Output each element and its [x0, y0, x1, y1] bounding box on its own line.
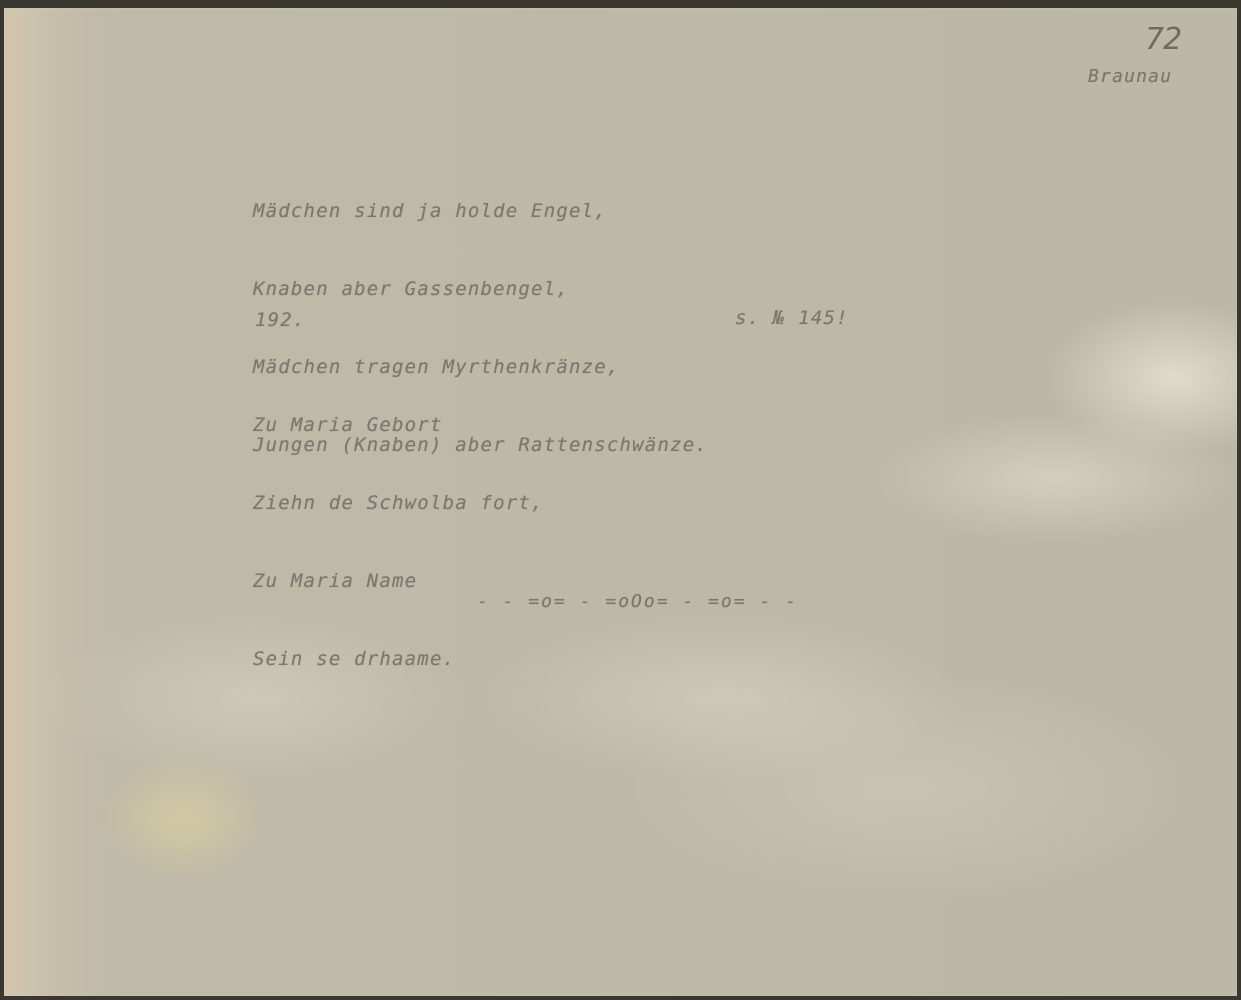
verse-line: Mädchen sind ja holde Engel,: [253, 198, 708, 224]
verse-line: Sein se drhaame.: [253, 646, 544, 672]
verse-line: Ziehn de Schwolba fort,: [253, 490, 544, 516]
verse-2: Zu Maria Gebort Ziehn de Schwolba fort, …: [253, 360, 544, 698]
paper-edge-stain: [4, 8, 34, 996]
verse-line: Zu Maria Gebort: [253, 412, 544, 438]
verse-line: Knaben aber Gassenbengel,: [253, 276, 708, 302]
entry-number: 192.: [255, 309, 306, 331]
end-divider: - - =o= - =oOo= - =o= - -: [477, 591, 798, 612]
handwritten-page-number: 72: [1145, 22, 1181, 57]
cross-reference: s. № 145!: [735, 307, 849, 329]
place-name: Braunau: [1088, 66, 1172, 87]
